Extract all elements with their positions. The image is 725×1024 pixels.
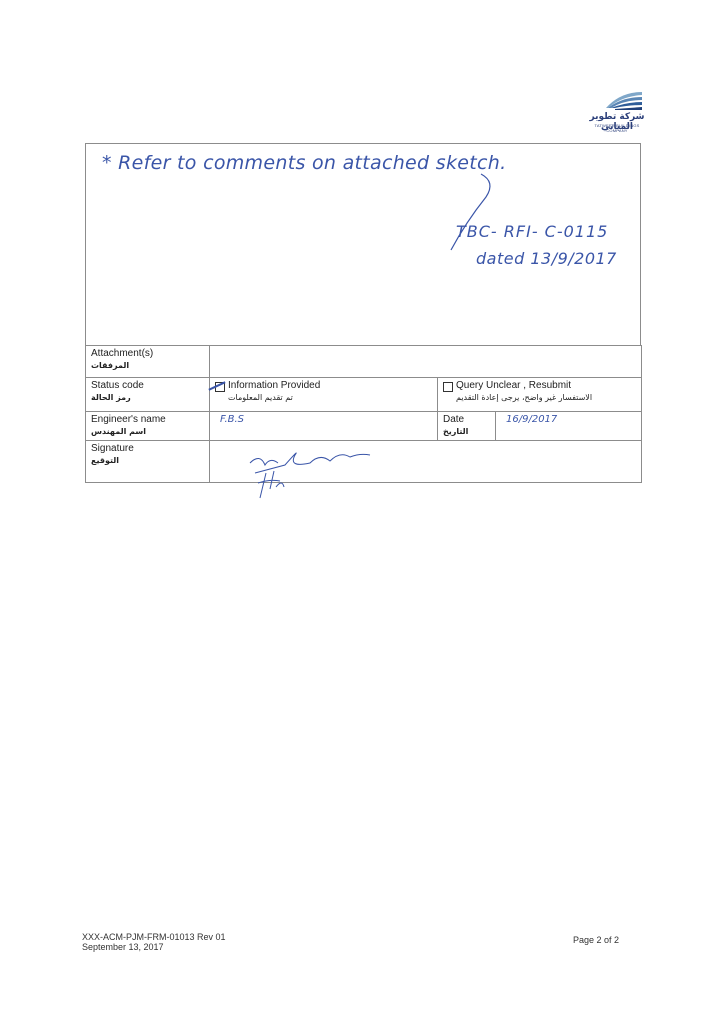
signature-field[interactable] [210,441,642,483]
engineer-row: Engineer's name اسم المهندس F.B.S Date ا… [86,412,642,441]
handwritten-comment: * Refer to comments on attached sketch. [102,152,506,174]
status-code-row: Status code رمز الحالة Information Provi… [86,378,642,412]
attachments-label: Attachment(s) المرفقات [86,346,210,378]
attachments-field[interactable] [210,346,642,378]
comments-area: * Refer to comments on attached sketch. … [85,143,641,346]
status-option-query-unclear[interactable]: Query Unclear , Resubmit الاستفسار غير و… [438,378,642,412]
handwritten-rfi-reference: TBC- RFI- C-0115 [456,222,608,241]
document-code: XXX-ACM-PJM-FRM-01013 Rev 01 [82,932,226,942]
logo-english-name: TATWEER BUILDINGS COMPANY [586,123,648,133]
response-form-table: Attachment(s) المرفقات Status code رمز ا… [85,345,642,483]
date-label: Date التاريخ [438,412,496,441]
status-code-label: Status code رمز الحالة [86,378,210,412]
document-footer: XXX-ACM-PJM-FRM-01013 Rev 01 September 1… [82,932,226,952]
checkbox-unchecked-icon[interactable] [443,382,453,392]
signature-row: Signature التوقيع [86,441,642,483]
attachments-row: Attachment(s) المرفقات [86,346,642,378]
building-logo-icon [586,88,648,112]
engineer-name-label: Engineer's name اسم المهندس [86,412,210,441]
handwritten-signature-icon [240,443,440,503]
date-field[interactable]: 16/9/2017 [496,412,642,441]
checkbox-checked-icon[interactable] [215,382,225,392]
signature-label: Signature التوقيع [86,441,210,483]
engineer-name-field[interactable]: F.B.S [210,412,438,441]
document-date: September 13, 2017 [82,942,226,952]
status-option-information-provided[interactable]: Information Provided تم تقديم المعلومات [210,378,438,412]
handwritten-rfi-date: dated 13/9/2017 [476,249,617,268]
company-logo: شركة تطوير المباني TATWEER BUILDINGS COM… [586,88,648,130]
page-number: Page 2 of 2 [573,935,619,945]
